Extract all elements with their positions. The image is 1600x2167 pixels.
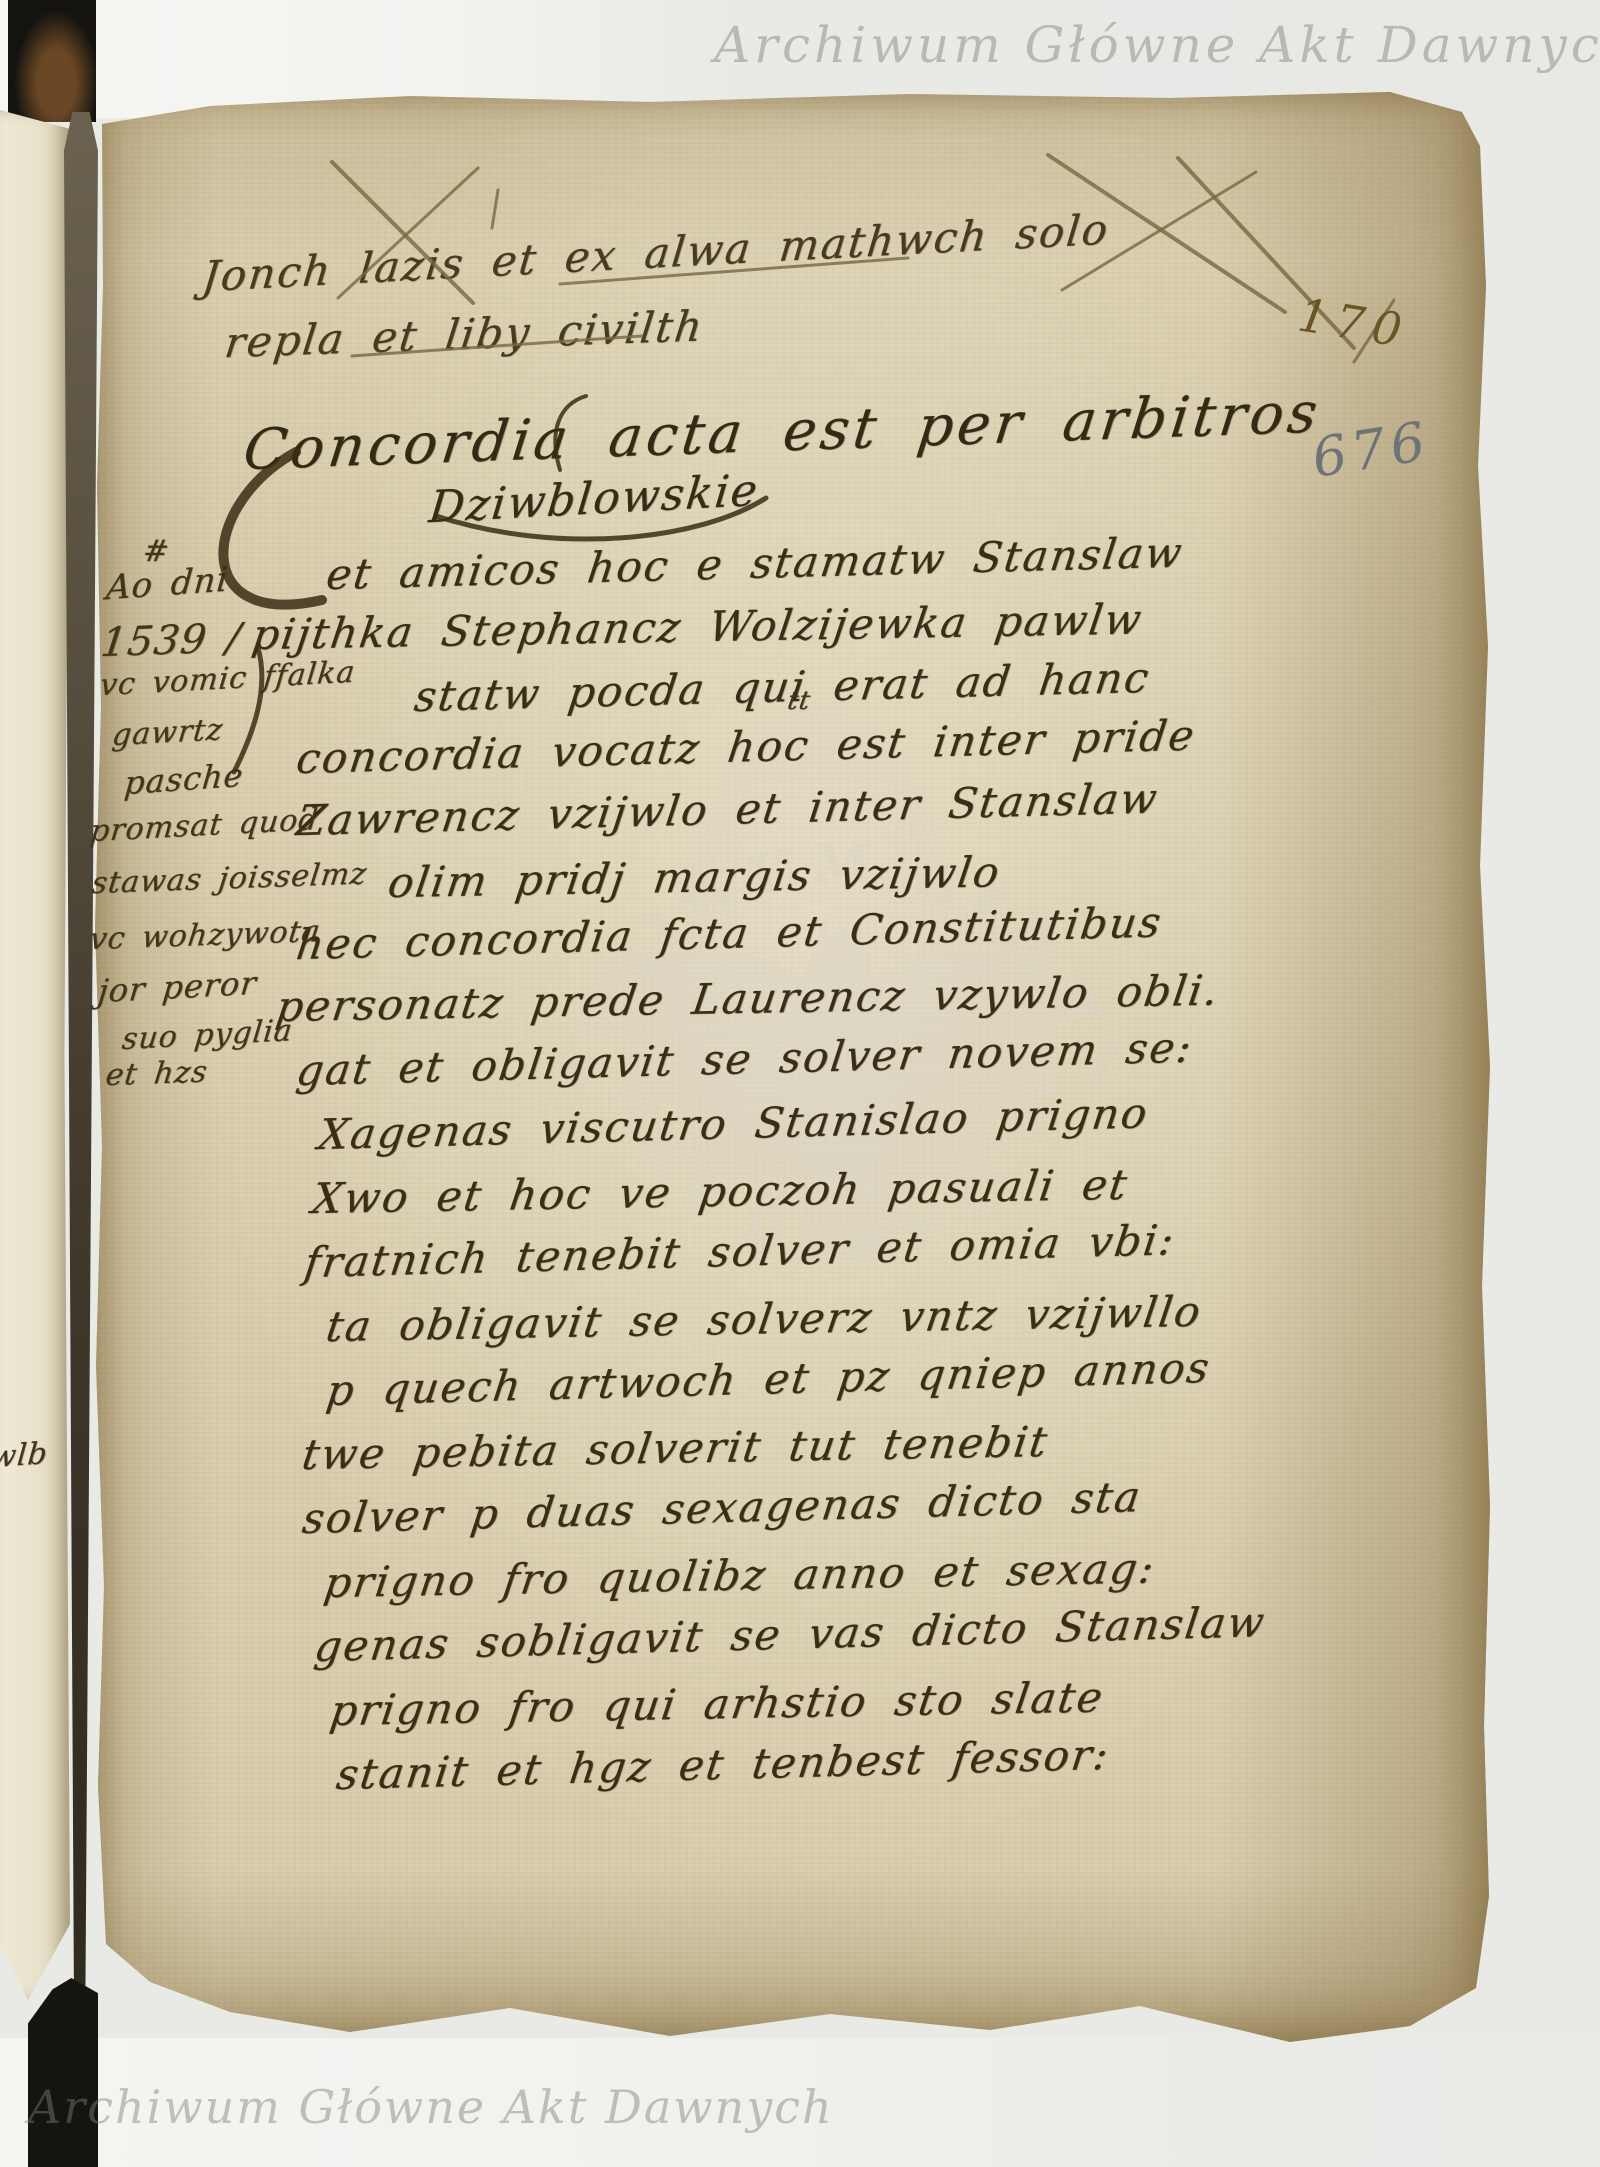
binding-strip-top: [8, 0, 96, 122]
margin-note: tt: [785, 686, 813, 716]
margin-note: gawrtz: [110, 712, 225, 753]
margin-note: et hzs: [104, 1054, 210, 1093]
binding-strip-bottom: [28, 1978, 98, 2167]
margin-note: 1539 /: [98, 615, 244, 666]
watermark-bottom-left: Archiwum Główne Akt Dawnych: [28, 2080, 834, 2134]
watermark-top-right: Archiwum Główne Akt Dawnych: [714, 16, 1600, 74]
previous-page-edge: [0, 110, 70, 2000]
binding-groove: [64, 112, 98, 2044]
margin-note: wlb: [0, 1436, 49, 1475]
archival-scan: ARCHIWUM GŁÓWNE AKT DAWNYCH Concordia ac…: [0, 0, 1600, 2167]
